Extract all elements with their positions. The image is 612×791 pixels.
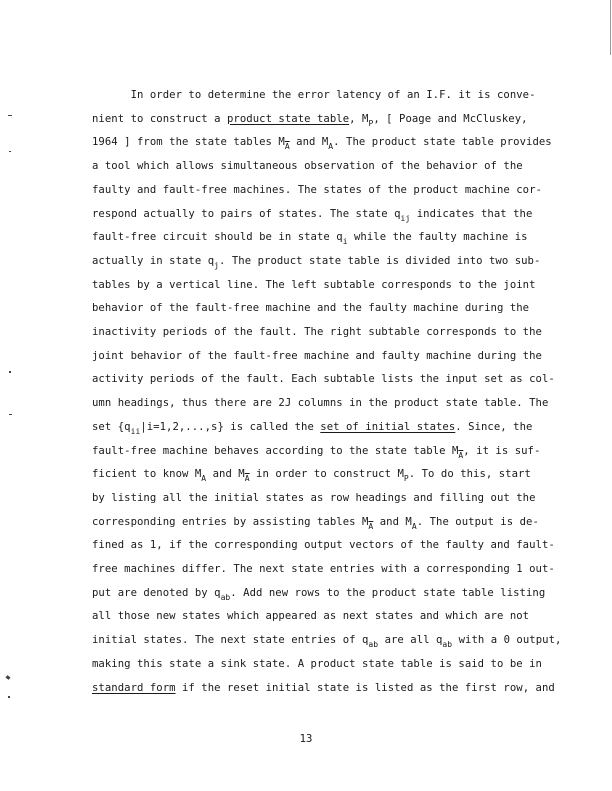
- text-line: put are denoted by qab. Add new rows to …: [92, 586, 545, 600]
- text-line: nient to construct a product state table…: [92, 112, 528, 126]
- scan-edge-line: [610, 0, 611, 55]
- margin-mark: [6, 675, 11, 680]
- text-line: umn headings, thus there are 2J columns …: [92, 396, 548, 410]
- text-line: fault-free circuit should be in state qi…: [92, 230, 528, 244]
- text-line: behavior of the fault-free machine and t…: [92, 301, 529, 315]
- text-line: by listing all the initial states as row…: [92, 491, 536, 505]
- text-line: free machines differ. The next state ent…: [92, 562, 555, 576]
- document-page: In order to determine the error latency …: [0, 0, 612, 791]
- text-line: fault-free machine behaves according to …: [92, 444, 540, 458]
- margin-mark: [9, 151, 11, 152]
- margin-mark: [8, 696, 10, 698]
- text-line: In order to determine the error latency …: [92, 88, 536, 102]
- text-line: faulty and fault-free machines. The stat…: [92, 183, 542, 197]
- text-line: activity periods of the fault. Each subt…: [92, 372, 555, 386]
- text-line: respond actually to pairs of states. The…: [92, 207, 532, 221]
- text-line: all those new states which appeared as n…: [92, 609, 529, 623]
- margin-mark: [9, 371, 11, 373]
- page-number: 13: [0, 733, 612, 745]
- underlined-term: standard form: [92, 682, 176, 694]
- text-line: actually in state qj. The product state …: [92, 254, 540, 268]
- underlined-term: set of initial states: [320, 421, 455, 433]
- text-line: set {qii|i=1,2,...,s} is called the set …: [92, 420, 532, 434]
- text-line: initial states. The next state entries o…: [92, 633, 561, 647]
- text-line: 1964 ] from the state tables MA and MA. …: [92, 135, 552, 149]
- text-line: fined as 1, if the corresponding output …: [92, 538, 555, 552]
- margin-mark: [8, 115, 12, 116]
- text-line: a tool which allows simultaneous observa…: [92, 159, 523, 173]
- underlined-term: product state table: [227, 113, 349, 125]
- margin-mark: [9, 414, 12, 415]
- text-line: inactivity periods of the fault. The rig…: [92, 325, 542, 339]
- text-line: making this state a sink state. A produc…: [92, 657, 542, 671]
- text-line: joint behavior of the fault-free machine…: [92, 349, 542, 363]
- text-line: tables by a vertical line. The left subt…: [92, 278, 536, 292]
- text-line: ficient to know MA and MA in order to co…: [92, 467, 531, 481]
- text-line: corresponding entries by assisting table…: [92, 515, 539, 529]
- text-line: standard form if the reset initial state…: [92, 681, 555, 695]
